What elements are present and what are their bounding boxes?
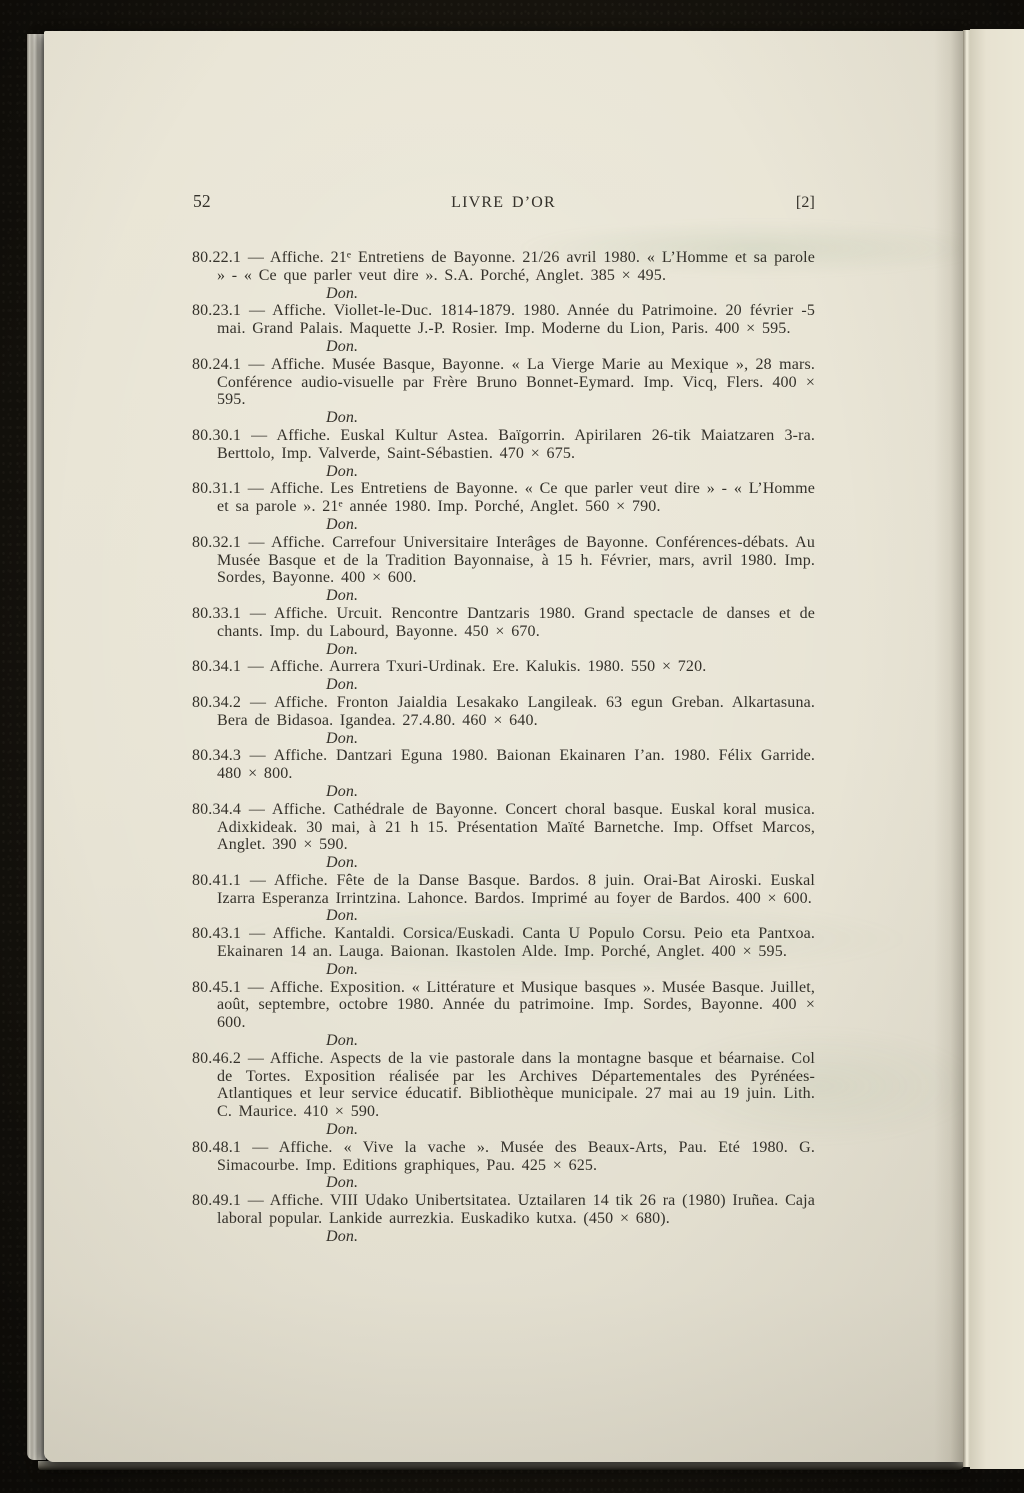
entry-separator: —	[241, 872, 274, 889]
running-header: 52 LIVRE D’OR [2]	[192, 193, 815, 216]
entry-acquisition-note: Don.	[192, 463, 815, 481]
entry-description: Affiche. Cathédrale de Bayonne. Concert …	[217, 801, 815, 854]
entry-id: 80.34.1	[192, 658, 241, 675]
entry-id: 80.30.1	[192, 427, 241, 444]
entry-acquisition-note: Don.	[192, 409, 815, 427]
entry-text: 80.45.1 — Affiche. Exposition. « Littéra…	[192, 979, 815, 1032]
entry-text: 80.41.1 — Affiche. Fête de la Danse Basq…	[192, 872, 815, 908]
book-gutter	[963, 30, 970, 1467]
entry-separator: —	[241, 1139, 279, 1156]
page-bottom-edge	[38, 1461, 966, 1470]
entry-separator: —	[241, 356, 271, 373]
catalog-entry: 80.34.1 — Affiche. Aurrera Txuri-Urdinak…	[192, 658, 815, 694]
entry-id: 80.23.1	[192, 302, 241, 319]
entry-text: 80.30.1 — Affiche. Euskal Kultur Astea. …	[192, 427, 815, 463]
entry-text: 80.34.4 — Affiche. Cathédrale de Bayonne…	[192, 801, 815, 854]
catalog-entry: 80.22.1 — Affiche. 21ᵉ Entretiens de Bay…	[192, 249, 815, 302]
catalog-entry: 80.34.3 — Affiche. Dantzari Eguna 1980. …	[192, 747, 815, 800]
entry-text: 80.24.1 — Affiche. Musée Basque, Bayonne…	[192, 356, 815, 409]
catalog-entry: 80.31.1 — Affiche. Les Entretiens de Bay…	[192, 480, 815, 533]
entry-id: 80.49.1	[192, 1192, 241, 1209]
entry-description: Affiche. Aspects de la vie pastorale dan…	[217, 1050, 815, 1120]
entry-description: Affiche. Exposition. « Littérature et Mu…	[217, 979, 815, 1032]
entry-acquisition-note: Don.	[192, 641, 815, 659]
page-title: LIVRE D’OR	[192, 194, 815, 212]
catalog-entry: 80.24.1 — Affiche. Musée Basque, Bayonne…	[192, 356, 815, 427]
entry-acquisition-note: Don.	[192, 1032, 815, 1050]
entry-separator: —	[241, 427, 276, 444]
entry-separator: —	[241, 1050, 270, 1067]
entry-separator: —	[241, 302, 272, 319]
entry-text: 80.49.1 — Affiche. VIII Udako Unibertsit…	[192, 1192, 815, 1228]
entry-separator: —	[241, 925, 272, 942]
entry-separator: —	[241, 1192, 270, 1209]
entry-id: 80.31.1	[192, 480, 241, 497]
entry-id: 80.46.2	[192, 1050, 241, 1067]
entry-acquisition-note: Don.	[192, 516, 815, 534]
entry-text: 80.31.1 — Affiche. Les Entretiens de Bay…	[192, 480, 815, 516]
catalog-entry: 80.43.1 — Affiche. Kantaldi. Corsica/Eus…	[192, 925, 815, 978]
entry-text: 80.34.1 — Affiche. Aurrera Txuri-Urdinak…	[192, 658, 815, 676]
entry-description: Affiche. Viollet-le-Duc. 1814-1879. 1980…	[217, 302, 815, 337]
entry-acquisition-note: Don.	[192, 1174, 815, 1192]
catalog-entry: 80.41.1 — Affiche. Fête de la Danse Basq…	[192, 872, 815, 925]
entry-id: 80.33.1	[192, 605, 241, 622]
entry-id: 80.45.1	[192, 979, 241, 996]
catalog-entry: 80.30.1 — Affiche. Euskal Kultur Astea. …	[192, 427, 815, 480]
entry-description: Affiche. Urcuit. Rencontre Dantzaris 198…	[217, 605, 815, 640]
entry-description: Affiche. Kantaldi. Corsica/Euskadi. Cant…	[217, 925, 815, 960]
catalog-entry: 80.45.1 — Affiche. Exposition. « Littéra…	[192, 979, 815, 1050]
catalog-entry: 80.32.1 — Affiche. Carrefour Universitai…	[192, 534, 815, 605]
catalog-entry: 80.34.4 — Affiche. Cathédrale de Bayonne…	[192, 801, 815, 872]
entry-separator: —	[241, 480, 270, 497]
entry-acquisition-note: Don.	[192, 961, 815, 979]
entry-acquisition-note: Don.	[192, 285, 815, 303]
entry-id: 80.43.1	[192, 925, 241, 942]
entry-id: 80.32.1	[192, 534, 241, 551]
entry-id: 80.34.4	[192, 801, 241, 818]
entry-text: 80.48.1 — Affiche. « Vive la vache ». Mu…	[192, 1139, 815, 1175]
entry-separator: —	[241, 605, 274, 622]
entry-text: 80.34.3 — Affiche. Dantzari Eguna 1980. …	[192, 747, 815, 783]
entry-text: 80.43.1 — Affiche. Kantaldi. Corsica/Eus…	[192, 925, 815, 961]
catalog-entry: 80.23.1 — Affiche. Viollet-le-Duc. 1814-…	[192, 302, 815, 355]
entry-description: Affiche. Aurrera Txuri-Urdinak. Ere. Kal…	[270, 658, 707, 675]
entry-acquisition-note: Don.	[192, 676, 815, 694]
entry-id: 80.34.3	[192, 747, 241, 764]
entry-separator: —	[241, 979, 270, 996]
entry-description: Affiche. Carrefour Universitaire Interâg…	[217, 534, 815, 587]
entry-acquisition-note: Don.	[192, 730, 815, 748]
entry-separator: —	[241, 694, 274, 711]
entry-text: 80.46.2 — Affiche. Aspects de la vie pas…	[192, 1050, 815, 1121]
catalog-entry: 80.33.1 — Affiche. Urcuit. Rencontre Dan…	[192, 605, 815, 658]
entry-text: 80.32.1 — Affiche. Carrefour Universitai…	[192, 534, 815, 587]
entry-acquisition-note: Don.	[192, 907, 815, 925]
book-page: 52 LIVRE D’OR [2] 80.22.1 — Affiche. 21ᵉ…	[44, 31, 964, 1462]
entry-id: 80.22.1	[192, 249, 241, 266]
entry-id: 80.24.1	[192, 356, 241, 373]
entry-acquisition-note: Don.	[192, 854, 815, 872]
entry-separator: —	[241, 658, 270, 675]
entry-description: Affiche. Musée Basque, Bayonne. « La Vie…	[217, 356, 815, 409]
entry-separator: —	[241, 747, 274, 764]
entry-acquisition-note: Don.	[192, 1121, 815, 1139]
entry-text: 80.34.2 — Affiche. Fronton Jaialdia Lesa…	[192, 694, 815, 730]
page-reference: [2]	[796, 194, 815, 212]
entry-acquisition-note: Don.	[192, 783, 815, 801]
catalog-entry: 80.46.2 — Affiche. Aspects de la vie pas…	[192, 1050, 815, 1139]
entry-description: Affiche. VIII Udako Unibertsitatea. Uzta…	[217, 1192, 815, 1227]
entry-text: 80.23.1 — Affiche. Viollet-le-Duc. 1814-…	[192, 302, 815, 338]
entry-description: Affiche. « Vive la vache ». Musée des Be…	[217, 1139, 815, 1174]
catalog-entry: 80.34.2 — Affiche. Fronton Jaialdia Lesa…	[192, 694, 815, 747]
entry-acquisition-note: Don.	[192, 338, 815, 356]
entry-description: Affiche. Fronton Jaialdia Lesakako Langi…	[217, 694, 815, 729]
entry-text: 80.22.1 — Affiche. 21ᵉ Entretiens de Bay…	[192, 249, 815, 285]
entry-separator: —	[241, 249, 270, 266]
catalog-entry: 80.49.1 — Affiche. VIII Udako Unibertsit…	[192, 1192, 815, 1245]
entry-id: 80.34.2	[192, 694, 241, 711]
entry-acquisition-note: Don.	[192, 587, 815, 605]
entry-description: Affiche. 21ᵉ Entretiens de Bayonne. 21/2…	[217, 249, 815, 284]
entry-list: 80.22.1 — Affiche. 21ᵉ Entretiens de Bay…	[192, 249, 815, 1246]
entry-description: Affiche. Dantzari Eguna 1980. Baionan Ek…	[217, 747, 815, 782]
entry-description: Affiche. Fête de la Danse Basque. Bardos…	[217, 872, 815, 907]
entry-description: Affiche. Les Entretiens de Bayonne. « Ce…	[217, 480, 815, 515]
facing-page-edge	[970, 29, 1024, 1469]
entry-id: 80.48.1	[192, 1139, 241, 1156]
entry-separator: —	[241, 534, 271, 551]
entry-description: Affiche. Euskal Kultur Astea. Baïgorrin.…	[217, 427, 815, 462]
book-scan: 52 LIVRE D’OR [2] 80.22.1 — Affiche. 21ᵉ…	[0, 0, 1024, 1493]
entry-acquisition-note: Don.	[192, 1228, 815, 1246]
entry-id: 80.41.1	[192, 872, 241, 889]
page-content: 52 LIVRE D’OR [2] 80.22.1 — Affiche. 21ᵉ…	[192, 193, 815, 1246]
catalog-entry: 80.48.1 — Affiche. « Vive la vache ». Mu…	[192, 1139, 815, 1192]
entry-separator: —	[241, 801, 272, 818]
entry-text: 80.33.1 — Affiche. Urcuit. Rencontre Dan…	[192, 605, 815, 641]
